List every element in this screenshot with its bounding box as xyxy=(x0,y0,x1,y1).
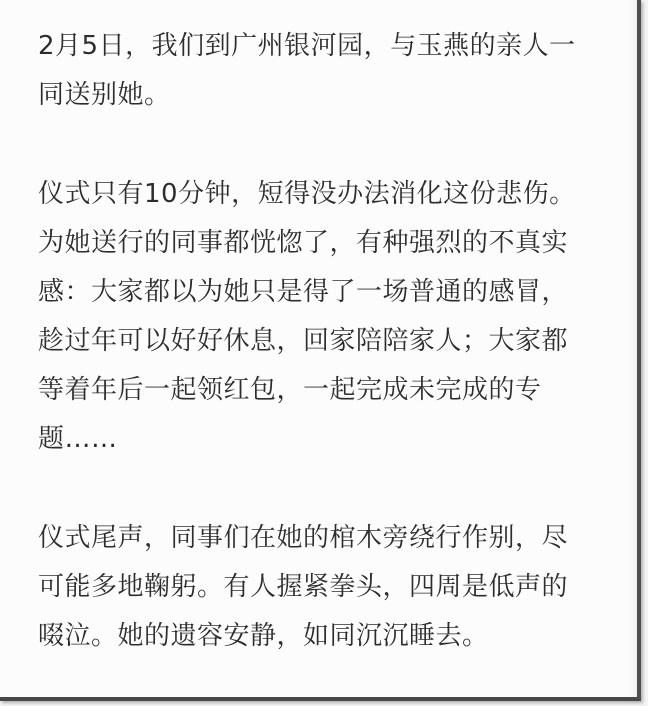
text-line: 为她送行的同事都恍惚了，有种强烈的不真实 xyxy=(38,219,611,268)
article-text: 2月5日，我们到广州银河园，与玉燕的亲人一 同送别她。 仪式只有10分钟，短得没… xyxy=(0,0,637,661)
text-line: 仪式尾声，同事们在她的棺木旁绕行作别，尽 xyxy=(38,514,611,563)
text-line: 仪式只有10分钟，短得没办法消化这份悲伤。 xyxy=(38,170,611,219)
text-line: 可能多地鞠躬。有人握紧拳头，四周是低声的 xyxy=(38,563,611,612)
text-line: 感：大家都以为她只是得了一场普通的感冒， xyxy=(38,268,611,317)
text-line: 啜泣。她的遗容安静，如同沉沉睡去。 xyxy=(38,612,611,661)
screenshot-root: 2月5日，我们到广州银河园，与玉燕的亲人一 同送别她。 仪式只有10分钟，短得没… xyxy=(0,0,648,706)
text-line: 题…… xyxy=(38,415,611,464)
text-line: 趁过年可以好好休息，回家陪陪家人；大家都 xyxy=(38,317,611,366)
article-page: 2月5日，我们到广州银河园，与玉燕的亲人一 同送别她。 仪式只有10分钟，短得没… xyxy=(0,0,641,701)
paragraph-3: 仪式尾声，同事们在她的棺木旁绕行作别，尽 可能多地鞠躬。有人握紧拳头，四周是低声… xyxy=(38,514,611,661)
paragraph-2: 仪式只有10分钟，短得没办法消化这份悲伤。 为她送行的同事都恍惚了，有种强烈的不… xyxy=(38,170,611,464)
paragraph-1: 2月5日，我们到广州银河园，与玉燕的亲人一 同送别她。 xyxy=(38,22,611,120)
text-line: 等着年后一起领红包，一起完成未完成的专 xyxy=(38,366,611,415)
text-line: 同送别她。 xyxy=(38,71,611,120)
text-line: 2月5日，我们到广州银河园，与玉燕的亲人一 xyxy=(38,22,611,71)
